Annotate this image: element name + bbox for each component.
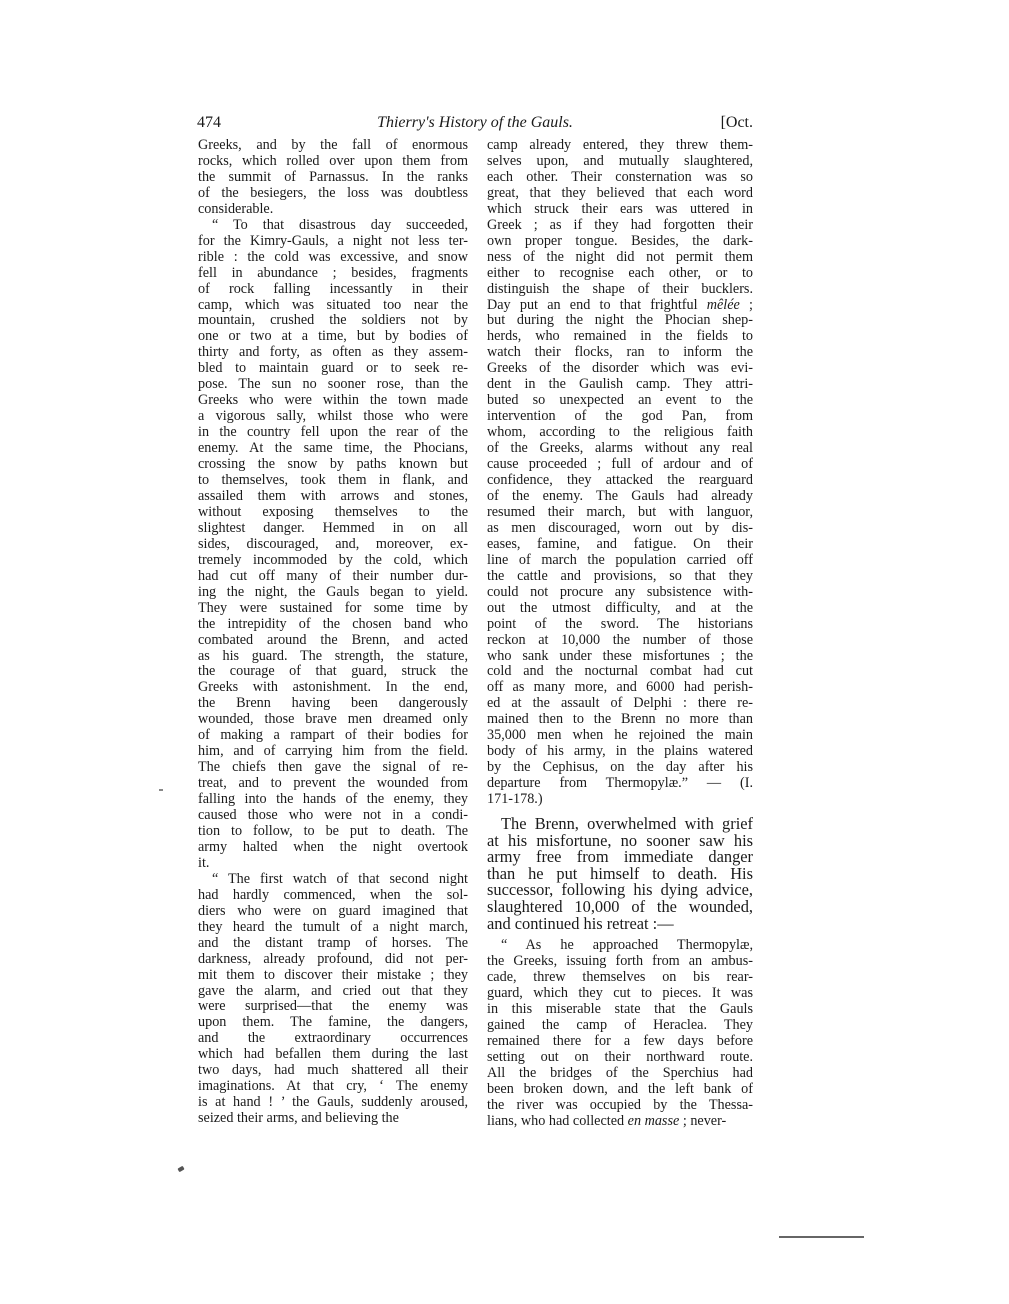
text-line: upon them. The famine, the dangers,: [198, 1015, 468, 1031]
text-line: rible : the cold was excessive, and snow: [198, 250, 468, 266]
text-line: slightest danger. Hemmed in on all: [198, 521, 468, 537]
text-line: Greek ; as if they had forgotten their: [487, 218, 753, 234]
paragraph: camp already entered, they threw them-se…: [487, 138, 753, 808]
text-line: two days, had much shattered all their: [198, 1063, 468, 1079]
text-line: had cut off many of their number dur-: [198, 569, 468, 585]
text-line: as his guard. The strength, the stature,: [198, 649, 468, 665]
text-line: they heard the tumult of a night march,: [198, 920, 468, 936]
text-line: in this miserable state that the Gauls: [487, 1002, 753, 1018]
text-line: gained the camp of Heraclea. They: [487, 1018, 753, 1034]
text-line: him, and of carrying him from the field.: [198, 744, 468, 760]
text-line: ing the night, the Gauls began to yield.: [198, 585, 468, 601]
text-line: herds, who remained in the fields to: [487, 329, 753, 345]
text-line: thirty and forty, as often as they assem…: [198, 345, 468, 361]
text-line: had hardly commenced, when the sol-: [198, 888, 468, 904]
text-line: could not procure any subsistence with-: [487, 585, 753, 601]
text-line: setting out on their northward route.: [487, 1050, 753, 1066]
text-line: and the extraordinary occurrences: [198, 1031, 468, 1047]
text-line: which struck their ears was uttered in: [487, 202, 753, 218]
text-line: considerable.: [198, 202, 468, 218]
text-line: mained then to the Brenn no more than: [487, 712, 753, 728]
text-line: the river was occupied by the Thessa-: [487, 1098, 753, 1114]
text-line: seized their arms, and believing the: [198, 1111, 468, 1127]
text-line: camp, which was situated too near the: [198, 298, 468, 314]
text-line: whom, according to the religious faith: [487, 425, 753, 441]
ink-speck: [177, 1166, 184, 1172]
text-line: combated around the Brenn, and acted: [198, 633, 468, 649]
text-line: falling into the hands of the enemy, the…: [198, 792, 468, 808]
text-line: bled to maintain guard or to seek re-: [198, 361, 468, 377]
text-line: 35,000 men when he rejoined the main: [487, 728, 753, 744]
running-title: Thierry's History of the Gauls.: [197, 114, 753, 132]
text-line: ed at the assault of Delphi : there re-: [487, 696, 753, 712]
text-line: guard, which they cut to pieces. It was: [487, 986, 753, 1002]
text-line: eases, famine, and fatigue. On their: [487, 537, 753, 553]
text-line: mountain, crushed the soldiers not by: [198, 313, 468, 329]
text-line: each other. Their consternation was so: [487, 170, 753, 186]
text-line: out the utmost difficulty, and at the: [487, 601, 753, 617]
text-line: resumed their march, but with languor,: [487, 505, 753, 521]
text-line: of rock falling incessantly in their: [198, 282, 468, 298]
text-line: mit them to discover their mistake ; the…: [198, 968, 468, 984]
text-line: The chiefs then gave the signal of re-: [198, 760, 468, 776]
text-line: the intrepidity of the chosen band who: [198, 617, 468, 633]
text-line: reckon at 10,000 the number of those: [487, 633, 753, 649]
text-line: They were sustained for some time by: [198, 601, 468, 617]
text-line: ness of the night did not permit them: [487, 250, 753, 266]
text-line: tremely incommoded by the cold, which: [198, 553, 468, 569]
paragraph: “ To that disastrous day succeeded,for t…: [198, 218, 468, 872]
text-line: rocks, which rolled over upon them from: [198, 154, 468, 170]
text-line: wounded, those brave men dreamed only: [198, 712, 468, 728]
paragraph: Greeks, and by the fall of enormousrocks…: [198, 138, 468, 218]
scan-rule-mark: [779, 1236, 864, 1238]
left-column: Greeks, and by the fall of enormousrocks…: [198, 138, 468, 1127]
text-line: distinguish the shape of their bucklers.: [487, 282, 753, 298]
text-line: the Brenn having been dangerously: [198, 696, 468, 712]
right-column: camp already entered, they threw them-se…: [487, 138, 753, 1130]
text-line: for the Kimry-Gauls, a night not less te…: [198, 234, 468, 250]
text-line: line of march the population carried off: [487, 553, 753, 569]
text-line: a vigorous sally, whilst those who were: [198, 409, 468, 425]
text-line: fell in abundance ; besides, fragments: [198, 266, 468, 282]
text-line: “ The first watch of that second night: [198, 872, 468, 888]
text-line: caused those who were not in a condi-: [198, 808, 468, 824]
text-line: as men discouraged, worn out by dis-: [487, 521, 753, 537]
text-line: of the besiegers, the loss was doubtless: [198, 186, 468, 202]
text-line: “ As he approached Thermopylæ,: [487, 938, 753, 954]
text-line: it.: [198, 856, 468, 872]
text-line: confidence, they attacked the rearguard: [487, 473, 753, 489]
text-line: assailed them with arrows and stones,: [198, 489, 468, 505]
text-line: the Greeks, issuing forth from an ambus-: [487, 954, 753, 970]
text-line: lians, who had collected en masse ; neve…: [487, 1114, 753, 1130]
text-line: enemy. At the same time, the Phocians,: [198, 441, 468, 457]
text-line: cade, threw themselves on bis rear-: [487, 970, 753, 986]
text-line: great, that they believed that each word: [487, 186, 753, 202]
text-line: point of the sword. The historians: [487, 617, 753, 633]
text-line: which had befallen them during the last: [198, 1047, 468, 1063]
text-line: been broken down, and the left bank of: [487, 1082, 753, 1098]
text-line: who sank under these misfortunes ; the: [487, 649, 753, 665]
text-line: watch their flocks, ran to inform the: [487, 345, 753, 361]
text-line: diers who were on guard imagined that: [198, 904, 468, 920]
text-line: one or two at a time, but by bodies of: [198, 329, 468, 345]
paragraph: The Brenn, overwhelmed with griefat his …: [487, 816, 753, 932]
text-line: intervention of the god Pan, from: [487, 409, 753, 425]
text-line: selves upon, and mutually slaughtered,: [487, 154, 753, 170]
text-line: in the country fell upon the rear of the: [198, 425, 468, 441]
text-line: “ To that disastrous day succeeded,: [198, 218, 468, 234]
text-line: Greeks of the disorder which was evi-: [487, 361, 753, 377]
text-line: the summit of Parnassus. In the ranks: [198, 170, 468, 186]
text-line: either to recognise each other, or to: [487, 266, 753, 282]
text-line: but during the night the Phocian shep-: [487, 313, 753, 329]
text-line: body of his army, in the plains watered: [487, 744, 753, 760]
paragraph: “ As he approached Thermopylæ,the Greeks…: [487, 938, 753, 1129]
text-line: and the distant tramp of horses. The: [198, 936, 468, 952]
text-line: the courage of that guard, struck the: [198, 664, 468, 680]
text-line: tion to follow, to be put to death. The: [198, 824, 468, 840]
text-line: Greeks who were within the town made: [198, 393, 468, 409]
text-line: dent in the Gaulish camp. They attri-: [487, 377, 753, 393]
paragraph: “ The first watch of that second nightha…: [198, 872, 468, 1127]
text-line: of the enemy. The Gauls had already: [487, 489, 753, 505]
text-line: treat, and to prevent the wounded from: [198, 776, 468, 792]
text-line: All the bridges of the Sperchius had: [487, 1066, 753, 1082]
margin-mark: [159, 789, 163, 791]
text-line: without exposing themselves to the: [198, 505, 468, 521]
text-line: gave the alarm, and cried out that they: [198, 984, 468, 1000]
text-line: army halted when the night overtook: [198, 840, 468, 856]
book-page: 474 Thierry's History of the Gauls. [Oct…: [0, 0, 1009, 1304]
text-line: Day put an end to that frightful mêlée ;: [487, 298, 753, 314]
text-line: to themselves, took them in flank, and: [198, 473, 468, 489]
text-line: is at hand ! ’ the Gauls, suddenly arous…: [198, 1095, 468, 1111]
text-line: and continued his retreat :—: [487, 916, 753, 933]
text-line: by the Cephisus, on the day after his: [487, 760, 753, 776]
text-line: off as many more, and 6000 had perish-: [487, 680, 753, 696]
text-line: cause proceeded ; full of ardour and of: [487, 457, 753, 473]
text-line: buted so unexpected an event to the: [487, 393, 753, 409]
text-line: of making a rampart of their bodies for: [198, 728, 468, 744]
text-line: darkness, already profound, did not per-: [198, 952, 468, 968]
text-line: own proper tongue. Besides, the dark-: [487, 234, 753, 250]
text-line: Greeks, and by the fall of enormous: [198, 138, 468, 154]
text-line: Greeks with astonishment. In the end,: [198, 680, 468, 696]
text-line: 171-178.): [487, 792, 753, 808]
text-line: were surprised—that the enemy was: [198, 999, 468, 1015]
text-line: remained there for a few days before: [487, 1034, 753, 1050]
text-line: camp already entered, they threw them-: [487, 138, 753, 154]
text-line: departure from Thermopylæ.” — (I.: [487, 776, 753, 792]
running-header: 474 Thierry's History of the Gauls. [Oct…: [197, 114, 753, 134]
text-line: of the Greeks, alarms without any real: [487, 441, 753, 457]
text-line: imaginations. At that cry, ‘ The enemy: [198, 1079, 468, 1095]
issue-month: [Oct.: [721, 114, 753, 132]
text-line: sides, discouraged, and, moreover, ex-: [198, 537, 468, 553]
text-line: cold and the nocturnal combat had cut: [487, 664, 753, 680]
text-line: the cattle and provisions, so that they: [487, 569, 753, 585]
text-line: crossing the snow by paths known but: [198, 457, 468, 473]
text-line: pose. The sun no sooner rose, than the: [198, 377, 468, 393]
